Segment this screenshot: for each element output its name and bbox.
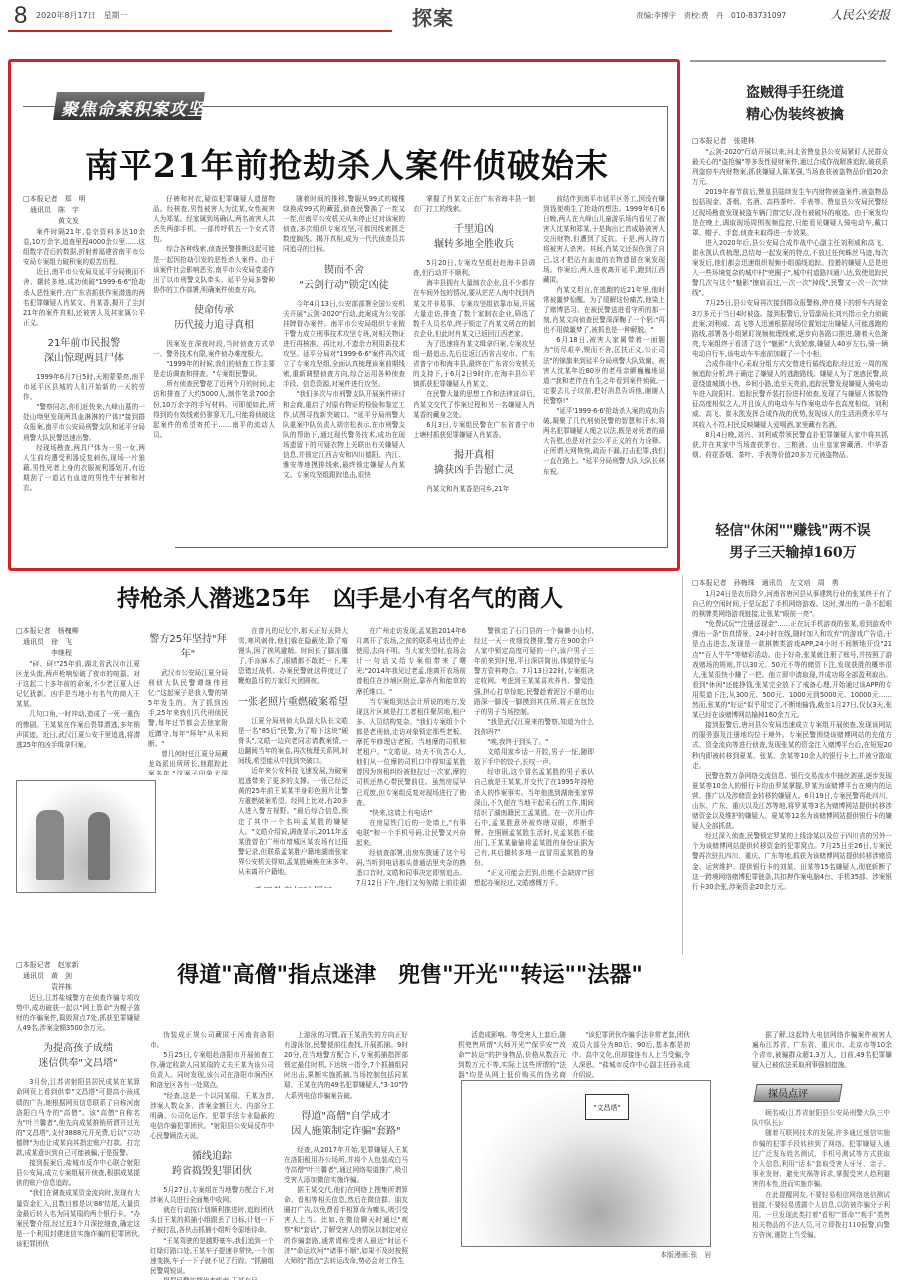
paragraph: 5月20日,专案攻坚组赶赴海丰县调查,但行动并不顺利。 xyxy=(413,258,535,278)
subheading: 21年前市民报警 深山惊现两具尸体 xyxy=(23,336,145,366)
fraud-article-col-3: 上游泳的习惯,而王某消失的方向正好有游泳馆,民警便前往查找,开展抓捕。9时20分… xyxy=(284,1030,408,1280)
paragraph: 3月份,江苏省射阳县居民成某在某算命网页上看到供奉"文昌塔"可提高小孩成绩的广告… xyxy=(16,1077,140,1158)
banner-prefix: 聚焦 xyxy=(61,100,97,120)
paragraph: 6月18日,被害人家属带着一面题为"历尽艰辛,锲而不舍,匡扶正义,公正司法"的锦… xyxy=(543,335,665,406)
murder-article-col-4: 在广州走访发现,孟某胜2014年6月离开了农场,之前的联系电话也停止使用,去向不… xyxy=(356,626,466,888)
paragraph: 近日,南平市公安局及延平分局锲而不舍、辗转多地,成功侦破"1999·6·6"抢劫… xyxy=(23,267,145,328)
wenchang-tower-sign: "文昌塔" xyxy=(585,1094,629,1120)
subheading-line: 历代接力追寻真相 xyxy=(153,318,275,333)
section-title: 探案 xyxy=(412,2,454,31)
subheading-line: 跨省捣毁犯罪团伙 xyxy=(150,1164,274,1179)
illustration-credit: 本版漫画:张 岩 xyxy=(660,1250,711,1260)
paragraph: 案件时隔21年,卷宗资料多达10余卷,10万余字,追查里程4000余公里……这组… xyxy=(23,227,145,267)
side-article-headline: 盗贼得手狂绕道 精心伪装终被擒 xyxy=(690,82,900,126)
paragraph: 据了解,这起特大电信网络诈骗案件被害人遍布江苏省、广东省、重庆市、北京市等10余… xyxy=(752,1030,892,1070)
paragraph: 根据民警前期侦查线索,王某有早 xyxy=(150,1276,274,1280)
paragraph: 在广州走访发现,孟某胜2014年6月离开了农场,之前的联系电话也停止使用,去向不… xyxy=(356,626,466,697)
paragraph: 几句口角,一时冲动,造成了一死一重伤的惨剧。王某某在作案后畏罪潜逃,多年销声匿迹… xyxy=(16,709,140,749)
subheading-line: 迷信供奉"文昌塔" xyxy=(16,1056,140,1071)
paragraph: 合成作战中心采取分组方式交替进行循线追踪,经过近一周的视频追踪分析,终于确定了嫌… xyxy=(692,359,888,430)
police-officer-figure xyxy=(36,810,64,880)
fraud-article-col-2: 伪装成正规公司藏匿于河南省洛阳市。 5月25日,专案组赴洛阳市开展侦查工作,确定… xyxy=(150,1030,274,1280)
subheading-line: 得道"高僧"自学成才 xyxy=(284,1109,408,1124)
gambling-article-headline: 轻信"休闲""赚钱"两不误 男子三天输掉160万 xyxy=(686,520,900,564)
newspaper-logo: 人民公安报 xyxy=(830,6,890,23)
paragraph: 经查,从2017年开始,犯罪嫌疑人王某在洛阳租用办公场所,并将个人包装成白马寺高… xyxy=(284,1145,408,1185)
paragraph: "该犯罪团伙诈骗手法非常老套,团伙成员大部分为80后、90后,基本都是初中、高中… xyxy=(572,1030,690,1078)
paragraph: 接到报案后,盐城市反诈中心联合射阳县公安局,成立专案组展开侦查,根据成某提供的账… xyxy=(16,1158,140,1188)
paragraph: 曾几何时任江夏分局藏龙岛派出所所长,他跟踪此案多年,"这案子印象太深了,2000… xyxy=(148,749,228,775)
paragraph: 在民警大量的思想工作和法律宣讲后,肖某文交代了作案过程和另一名嫌疑人肖某香的藏身… xyxy=(413,389,535,419)
feature-column-3: 随着时间的推移,警服从99式的橄榄绿换成99式的藏蓝,侦查民警换了一茬又一茬,但… xyxy=(283,194,405,539)
murder-article-col-3: 在曾凡的记忆中,那天正好天降大雪,寒风刺骨,他们躲在隐蔽处,除了啃馒头,困了挨风… xyxy=(238,626,348,888)
paragraph: "唉,我终于到头了。" xyxy=(474,737,594,747)
feature-headline: 南平21年前抢劫杀人案件侦破始末 xyxy=(11,140,683,187)
subheading: 警方25年坚持"拜年" xyxy=(148,632,228,662)
paragraph: 8月4日晚,刘兴、刘利威带领民警直扑犯罪嫌疑人家中将其抓获,并在其家中当场查获茅… xyxy=(692,430,888,460)
subheading-line: 循线追踪 xyxy=(150,1149,274,1164)
paragraph: 随着互联网技术的发展,许多通过迷信实施诈骗的犯罪手段转移到了网络。犯罪嫌疑人通过… xyxy=(752,1128,890,1189)
paragraph: 今年4月13日,公安部部署全国公安机关开展"云剑-2020"行动,此案成为公安部… xyxy=(283,299,405,390)
paragraph: 警锁定了石门县的一个偏僻小山村,经过一天一夜细致摸排,警方在900余户人家中锁定… xyxy=(474,626,594,717)
paragraph: "延平'1999·6·6'抢劫杀人案的成功告破,凝聚了几代刑侦民警的智慧和汗水,… xyxy=(543,406,665,477)
subheading-line: 擒获凶手告慰亡灵 xyxy=(413,463,535,478)
paragraph: 据王某交代,他们在网络上搜集所谓算命、看相等相关信息,然后在微信群、朋友圈打广告… xyxy=(284,1185,408,1266)
fraud-article-col-6: 据了解,这起特大电信网络诈骗案件被害人遍布江苏省、广东省、重庆市、北京市等10余… xyxy=(752,1030,892,1080)
murder-article-col-2: 警方25年坚持"拜年" 武汉市公安局江夏分局刑侦大队民警谭继伟回忆:"这起案子是… xyxy=(148,630,228,775)
byline: □本报记者 赵家新 通讯员 黄 剑 袁祥栋 xyxy=(16,960,140,993)
subheading-line: 使命传承 xyxy=(153,303,275,318)
paragraph: 民警在数万条网络交流信息、银行交易流水中抽丝剥茧,逐步发现夏某等10余人的银行卡… xyxy=(692,771,892,832)
paragraph: 经侦查部署,由房东拨通了这个号码,当听到电话那头普通话里夹杂的熟悉口音时,文皓和… xyxy=(356,848,466,888)
subheading-line: 辗转多地全胜收兵 xyxy=(413,237,535,252)
paragraph: 当专案组到达会计所说的地方,发现这片区域是打工者租住聚居地,租户多、人员结构复杂… xyxy=(356,697,466,808)
murder-article-headline: 持枪杀人潜逃25年 凶手是小有名气的商人 xyxy=(0,580,680,613)
headline-line: 轻信"休闲""赚钱"两不误 xyxy=(686,520,900,542)
side-article-body: □本报记者 张建林 "云剑-2020"行动开展以来,河北省赞皇县公安局紧盯人民群… xyxy=(692,136,888,516)
paragraph: "警察同志,你们赶快来,九峰山墓的一处山坳里发现两具血淋淋的尸体!"接到群众报案… xyxy=(23,402,145,442)
paragraph: "我是武汉江夏来的警察,知道为什么找你吗?" xyxy=(474,717,594,737)
paragraph: 接到报警后,唐河县公安局迅速成立专案组开展侦查,发现该网站的服务器及注册地均位于… xyxy=(692,720,892,770)
paragraph: "我们在调查成某资金流向时,发现有大量资金汇入,且数目都是以'88'结尾,大量资… xyxy=(16,1188,140,1249)
editor-credits: 责编:李博宇 责校:费 丹 010-83731097 xyxy=(636,10,786,21)
subheading-line: 千里追凶 xyxy=(413,222,535,237)
paragraph: 进入2020年后,县公安局合成作战中心副主任刘利威和高飞、崔永凯认真梳理,总结每… xyxy=(692,238,888,299)
paragraph: 5月25日,专案组赴洛阳市开展侦查工作,确定收款人同某瑞的丈夫王某为该公司负责人… xyxy=(150,1050,274,1090)
subheading-line: 锲而不舍 xyxy=(283,263,405,278)
suspect-figure xyxy=(88,812,110,880)
paragraph: 因案发在深夜时段,当时侦查方式单一、警务技术有限,案件侦办难度极大。 xyxy=(153,339,275,359)
issue-date: 2020年8月17日 星期一 xyxy=(36,10,128,21)
subheading-line: 揭开真相 xyxy=(413,448,535,463)
subheading: 循线追踪 跨省捣毁犯罪团伙 xyxy=(150,1149,274,1179)
paragraph: 武汉市公安局江夏分局刑侦大队民警谭继伟回忆:"这起案子是我入警的第5年发生的。为… xyxy=(148,668,228,749)
page-number: 8 xyxy=(14,2,27,30)
paragraph: "免费试玩""注册送现金"……正在玩手机游戏的张某,看到游戏中弹出一条"仿真情景… xyxy=(692,619,892,720)
byline: □本报记者 张建林 xyxy=(692,136,888,147)
paragraph: "快来,这墙上有电话!" xyxy=(356,808,466,818)
paragraph: "1999年的时候,我们的侦查工作主要是走访调查和排查。"专案组民警说。 xyxy=(153,359,275,379)
paragraph: 经现场勘查,两具尸体为一男一女,两人生前均遭受利器反复刺伤,现场一片狼藉,男性死… xyxy=(23,443,145,493)
paragraph: 伪装成正规公司藏匿于河南省洛阳市。 xyxy=(150,1030,274,1050)
paragraph: 在房屋铁门后的一处墙上,"有事电联"和一个手机号码,让民警又兴奋起来。 xyxy=(356,818,466,848)
side-rule xyxy=(690,60,886,62)
subheading: 千里追凶 辗转多地全胜收兵 xyxy=(413,222,535,252)
feature-column-1: □本报记者 郑 明 通讯员 陈 宇 黄文发 案件时隔21年,卷宗资料多达10余卷… xyxy=(23,194,145,564)
masthead-rule xyxy=(8,30,392,32)
fraud-article-col-4: 活造成影响。等受害人上套后,随机兜售所谓"大师开光""保平安""改命""转运"的… xyxy=(458,1030,566,1078)
paragraph: 前结伴到南平市延平区务工,因没有赚到钱便萌生了抢劫的想法。1999年6月6日晚,… xyxy=(543,194,665,285)
subheading: 使命传承 历代接力追寻真相 xyxy=(153,303,275,333)
byline: □本报记者 孙梅珠 通讯员 左文培 周 勇 xyxy=(692,578,892,589)
subheading-line: 深山惊现两具尸体 xyxy=(23,351,145,366)
paragraph: 文皓用家乡话一开腔,男子一怔,随即放下手中的饺子,长叹一声。 xyxy=(474,747,594,767)
gambling-article-body: □本报记者 孙梅珠 通讯员 左文培 周 勇 1月24日是农历除夕,河南省唐河县从… xyxy=(692,578,892,958)
headline-line: 精心伪装终被擒 xyxy=(690,104,900,126)
paragraph: 在此提醒网友,不要轻易相信网络迷信测试链接,不要轻易透露个人信息,以防被诈骗分子… xyxy=(752,1190,890,1241)
byline: □本报记者 郑 明 通讯员 陈 宇 黄文发 xyxy=(23,194,145,227)
paragraph: 2019年春节前后,赞皇县陆续发生车内财物被盗案件,被盗物品包括现金、香烟、名酒… xyxy=(692,187,888,237)
banner-label: 命案积案攻坚 xyxy=(97,100,205,120)
paragraph: "云剑-2020"行动开展以来,河北省赞皇县公安局紧盯人民群众最关心的"盗抢骗"… xyxy=(692,147,888,187)
paragraph: 活造成影响。等受害人上套后,随机兜售所谓"大师开光""保平安""改命""转运"的… xyxy=(458,1030,566,1078)
subheading: 一张老照片重燃破案希望 xyxy=(238,695,348,710)
paragraph: 近日,江苏盐城警方在侦查诈骗专项攻势中,成功破获一起以"网上算命"为幌子敛财的诈… xyxy=(16,993,140,1033)
fraud-article-headline: 得道"高僧"指点迷津 兜售"开光""转运""法器" xyxy=(120,958,700,989)
paragraph: 江夏分局刑侦大队副大队长文皓是一名"85后"民警,为了啃下这块"硬骨头",文皓一… xyxy=(238,716,348,766)
paragraph: "正义可能会迟到,但绝不会缺席!"回想起办案经过,文皓感慨万千。 xyxy=(474,868,594,888)
paragraph: 海丰县拥有大量制衣企业,且不少都存在车间外包的情况,要从茫茫人海中找到肖某文并非… xyxy=(413,278,535,339)
fraud-article-col-5: "该犯罪团伙诈骗手法非常老套,团伙成员大部分为80后、90后,基本都是初中、高中… xyxy=(572,1030,690,1078)
subheading-line: 为提高孩子成绩 xyxy=(16,1041,140,1056)
paragraph: 经过深入侦查,民警锁定罗某的上线涂某以及位于四川省的另外一个为该赌博网站提供转移… xyxy=(692,831,892,892)
paragraph: 近年来公安科技飞速发展,为破案追逃带来了更多的支撑。一张已经泛黄的25年前王某某… xyxy=(238,766,348,877)
paragraph: 在曾凡的记忆中,那天正好天降大雪,寒风刺骨,他们躲在隐蔽处,除了啃馒头,困了挨风… xyxy=(238,626,348,687)
paragraph: 顾名威(江苏省射阳县公安局刑警大队三中队中队长): xyxy=(752,1108,890,1128)
subheading: 得道"高僧"自学成才 因人施策制定诈骗"套路" xyxy=(284,1109,408,1139)
column-divider xyxy=(682,575,683,955)
paragraph: 随着时间的推移,警服从99式的橄榄绿换成99式的藏蓝,侦查民警换了一茬又一茬,但… xyxy=(283,194,405,255)
feature-article-box: 聚焦命案积案攻坚 南平21年前抢劫杀人案件侦破始末 □本报记者 郑 明 通讯员 … xyxy=(8,59,680,571)
feature-column-4: 掌握了肖某文正在广东省海丰县一制衣厂打工的线索。 千里追凶 辗转多地全胜收兵 5… xyxy=(413,194,535,539)
murder-article-col-1: □本报记者 杨槐柳 通讯员 徐 飞 李继程 "砰、砰!"25年前,湖北省武汉市江… xyxy=(16,626,140,776)
expert-review: 顾名威(江苏省射阳县公安局刑警大队三中队中队长): 随着互联网技术的发展,许多通… xyxy=(752,1108,890,1241)
masthead: 8 2020年8月17日 星期一 探案 责编:李博宇 责校:费 丹 010-83… xyxy=(0,0,900,30)
subheading-line: "云剑行动"锁定凶徒 xyxy=(283,278,405,293)
subheading-line: 因人施策制定诈骗"套路" xyxy=(284,1124,408,1139)
subheading-line: 21年前市民报警 xyxy=(23,336,145,351)
banner-text: 聚焦命案积案攻坚 xyxy=(61,95,205,120)
paragraph: 所有侦查民警花了近两个月的时间,走访和排查了大约5000人,制作笔录700余份,… xyxy=(153,379,275,440)
subheading: 千里赴粤打破僵局 xyxy=(238,885,348,888)
subheading: 锲而不舍 "云剑行动"锁定凶徒 xyxy=(283,263,405,293)
headline-line: 盗贼得手狂绕道 xyxy=(690,82,900,104)
murder-article-col-5: 警锁定了石门县的一个偏僻小山村,经过一天一夜细致摸排,警方在900余户人家中锁定… xyxy=(474,626,594,888)
paragraph: "砰、砰!"25年前,湖北省武汉市江夏区龙头街,两声枪响惊破了夜市的喧嚣。对于这… xyxy=(16,659,140,709)
paragraph: 经审讯,这个冒名孟某胜的男子承认自己就是王某某,并交代了在1995年持枪杀人的作… xyxy=(474,767,594,868)
paragraph: "经查,这是一个以同某瑞、王某为首,涉案人数众多、涉案金额巨大、内部分工明确、公… xyxy=(150,1091,274,1141)
paragraph: 5月27日,专案组在当地警方配合下,对涉案人员进行全面集中收网。 xyxy=(150,1185,274,1205)
review-tag: 探员点评 xyxy=(768,1085,808,1100)
paragraph: 掌握了肖某文正在广东省海丰县一制衣厂打工的线索。 xyxy=(413,194,535,214)
paragraph: 肖某文坦言,在逃跑的近21年里,他时常被噩梦惊醒。为了缓解这份痛苦,他染上了赌博… xyxy=(543,285,665,335)
paragraph: 1999年6月7日5时,天刚蒙蒙亮,南平市延平区县城的人们开始新的一天的劳作。 xyxy=(23,372,145,402)
paragraph: 为了迅速将肖某文缉拿归案,专案攻坚组一路追击,先后往返江西省吉安市、广东省普宁市… xyxy=(413,339,535,389)
headline-line: 男子三天输掉160万 xyxy=(686,542,900,564)
paragraph: 1月24日是农历除夕,河南省唐河县从事建筑行业的张某终于有了自己的空闲时间,于是… xyxy=(692,589,892,619)
paragraph: 就在行动按计划顺利推进时,追踪团伙头目王某的抓捕小组跟丢了目标,计划一下子被打乱… xyxy=(150,1205,274,1235)
byline: □本报记者 杨槐柳 通讯员 徐 飞 李继程 xyxy=(16,626,140,659)
subheading: 为提高孩子成绩 迷信供奉"文昌塔" xyxy=(16,1041,140,1071)
paragraph: 肖某文和肖某香是同乡,21年 xyxy=(413,484,535,494)
fraud-article-col-1: □本报记者 赵家新 通讯员 黄 剑 袁祥栋 近日,江苏盐城警方在侦查诈骗专项攻势… xyxy=(16,960,140,1280)
subheading: 揭开真相 擒获凶手告慰亡灵 xyxy=(413,448,535,478)
paragraph: 上游泳的习惯,而王某消失的方向正好有游泳馆,民警便前往查找,开展抓捕。9时20分… xyxy=(284,1030,408,1101)
feature-column-5: 前结伴到南平市延平区务工,因没有赚到钱便萌生了抢劫的想法。1999年6月6日晚,… xyxy=(543,194,665,539)
paragraph: 6月3日,专案组民警在广东省普宁市上塘村抓获犯罪嫌疑人肖某香。 xyxy=(413,420,535,440)
feature-column-2: 仔裤和衬衣,疑似犯罪嫌疑人遗留物品。经核查,男性被害人为沈某,女性被害人为郑某。… xyxy=(153,194,275,564)
paragraph: 7月25日,县公安局再次接到群众报警称,停在楼下的轿车内现金3万多元于当日4时被… xyxy=(692,298,888,359)
paragraph: 仔裤和衬衣,疑似犯罪嫌疑人遗留物品。经核查,男性被害人为沈某,女性被害人为郑某。… xyxy=(153,194,275,244)
paragraph: "我们多次与市刑警支队开展案件研讨和会商,重启了对原有物证的检验和鉴定工作,试图… xyxy=(283,389,405,480)
paragraph: 综合各种线索,侦查民警推断这起可能是一起因抢劫引发的恶性杀人案件。由于该案件社会… xyxy=(153,244,275,294)
paragraph: "王某驾驶的是越野豪车,我们追到一个红绿灯路口处,王某车子提速非常快,一个加速变… xyxy=(150,1236,274,1276)
